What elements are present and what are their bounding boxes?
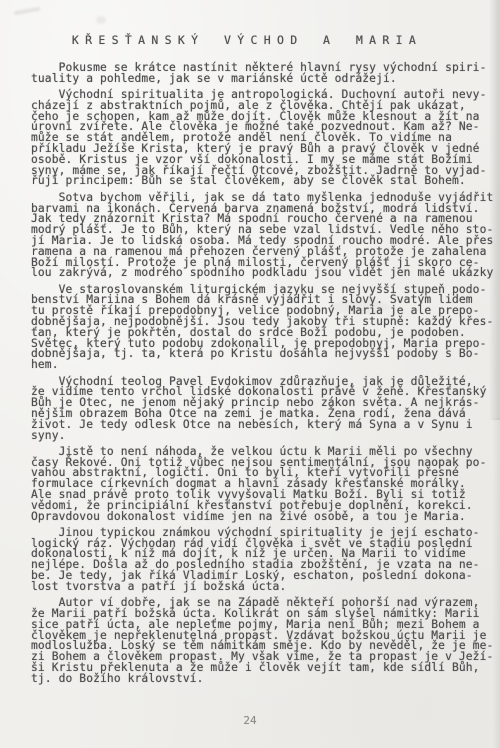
paragraph: Jinou typickou známkou východní spiritua… <box>31 528 500 593</box>
paragraph: Jistě to není náhoda, že velkou úctu k M… <box>31 447 500 523</box>
paragraph: Autor ví dobře, jak se na Západě někteří… <box>31 598 500 684</box>
paragraph: Sotva bychom věřili, jak se dá tato myšl… <box>31 193 500 279</box>
paragraph: Východní spiritualita je antropologická.… <box>31 90 500 187</box>
paragraph: Ve staroslovanském liturgickém jazyku se… <box>31 285 500 371</box>
document-body: Pokusme se krátce nastínit některé hlavn… <box>31 63 500 690</box>
page-title: KŘESŤANSKÝ VÝCHOD A MARIA <box>0 33 494 47</box>
scan-smudge <box>96 16 106 24</box>
scan-smudge <box>14 7 40 15</box>
page-number: 24 <box>0 714 500 727</box>
scanned-document-page: KŘESŤANSKÝ VÝCHOD A MARIA Pokusme se krá… <box>0 0 500 748</box>
paragraph: Pokusme se krátce nastínit některé hlavn… <box>31 63 500 85</box>
paragraph: Východní teolog Pavel Evdokimov zdůrazňu… <box>31 377 500 442</box>
